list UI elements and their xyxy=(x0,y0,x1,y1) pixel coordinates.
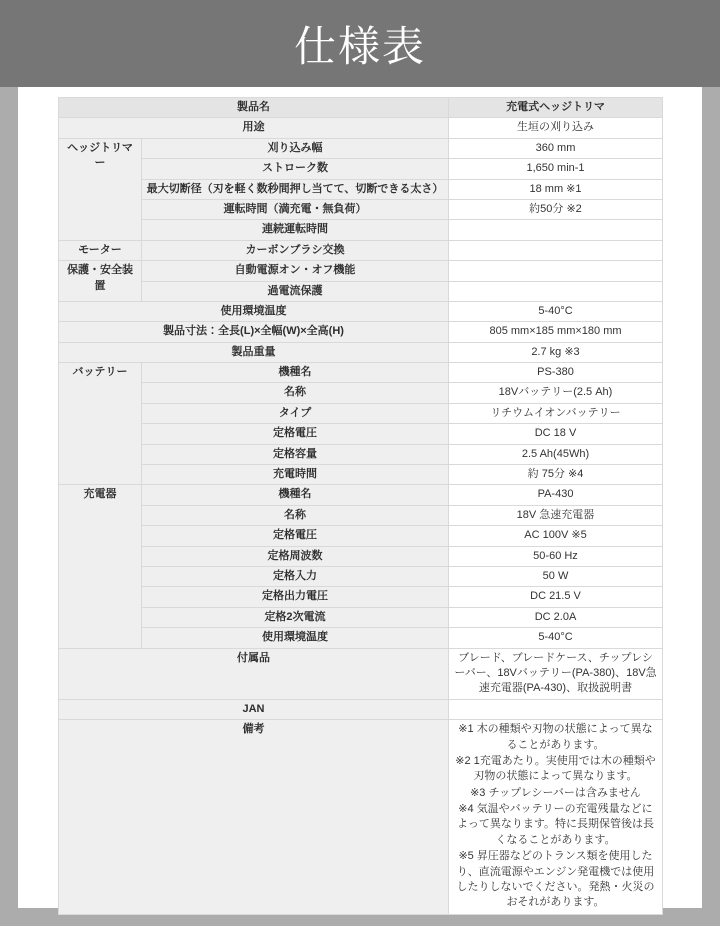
label-cell: 製品重量 xyxy=(59,342,449,362)
table-row: 連続運転時間 xyxy=(59,220,663,240)
category-cell: モーター xyxy=(59,240,142,260)
table-row: モーターカーボンブラシ交換 xyxy=(59,240,663,260)
table-row: 使用環境温度5-40°C xyxy=(59,301,663,321)
value-cell xyxy=(449,281,663,301)
label-cell: タイプ xyxy=(142,403,449,423)
table-row: 充電器機種名PA-430 xyxy=(59,485,663,505)
table-row: 付属品ブレード、ブレードケース、チップレシーバー、18Vバッテリー(PA-380… xyxy=(59,648,663,699)
value-cell xyxy=(449,261,663,281)
label-cell: 製品名 xyxy=(59,98,449,118)
label-cell: 付属品 xyxy=(59,648,449,699)
label-cell: 充電時間 xyxy=(142,465,449,485)
label-cell: 使用環境温度 xyxy=(142,628,449,648)
value-cell: 18 mm ※1 xyxy=(449,179,663,199)
label-cell: 過電流保護 xyxy=(142,281,449,301)
table-row: 最大切断径（刃を軽く数秒間押し当てて、切断できる太さ）18 mm ※1 xyxy=(59,179,663,199)
table-row: 定格出力電圧DC 21.5 V xyxy=(59,587,663,607)
table-row: 備考※1 木の種類や刃物の状態によって異なることがあります。※2 1充電あたり。… xyxy=(59,720,663,915)
table-row: JAN xyxy=(59,699,663,719)
label-cell: 製品寸法：全長(L)×全幅(W)×全高(H) xyxy=(59,322,449,342)
table-row: 保護・安全装置自動電源オン・オフ機能 xyxy=(59,261,663,281)
table-row: 製品寸法：全長(L)×全幅(W)×全高(H)805 mm×185 mm×180 … xyxy=(59,322,663,342)
label-cell: 使用環境温度 xyxy=(59,301,449,321)
page-title: 仕様表 xyxy=(294,14,426,74)
label-cell: 定格電圧 xyxy=(142,424,449,444)
label-cell: JAN xyxy=(59,699,449,719)
label-cell: 刈り込み幅 xyxy=(142,138,449,158)
content-area: 製品名充電式ヘッジトリマ用途生垣の刈り込みヘッジトリマー刈り込み幅360 mmス… xyxy=(18,87,702,908)
table-row: ストローク数1,650 min-1 xyxy=(59,159,663,179)
label-cell: 運転時間（満充電・無負荷） xyxy=(142,199,449,219)
value-cell: 2.7 kg ※3 xyxy=(449,342,663,362)
page-header: 仕様表 xyxy=(0,0,720,87)
label-cell: 自動電源オン・オフ機能 xyxy=(142,261,449,281)
category-cell: ヘッジトリマー xyxy=(59,138,142,240)
label-cell: 用途 xyxy=(59,118,449,138)
table-row: タイプリチウムイオンバッテリー xyxy=(59,403,663,423)
table-row: 定格容量2.5 Ah(45Wh) xyxy=(59,444,663,464)
table-row: ヘッジトリマー刈り込み幅360 mm xyxy=(59,138,663,158)
value-cell: 約50分 ※2 xyxy=(449,199,663,219)
value-cell xyxy=(449,240,663,260)
value-cell: DC 21.5 V xyxy=(449,587,663,607)
table-row: 名称18Vバッテリー(2.5 Ah) xyxy=(59,383,663,403)
value-cell: 805 mm×185 mm×180 mm xyxy=(449,322,663,342)
table-row: 運転時間（満充電・無負荷）約50分 ※2 xyxy=(59,199,663,219)
table-row: 製品名充電式ヘッジトリマ xyxy=(59,98,663,118)
value-cell: 50 W xyxy=(449,566,663,586)
label-cell: 機種名 xyxy=(142,485,449,505)
value-cell xyxy=(449,699,663,719)
value-cell: リチウムイオンバッテリー xyxy=(449,403,663,423)
table-row: 定格入力50 W xyxy=(59,566,663,586)
table-row: 充電時間約 75分 ※4 xyxy=(59,465,663,485)
value-cell: AC 100V ※5 xyxy=(449,526,663,546)
value-cell: ブレード、ブレードケース、チップレシーバー、18Vバッテリー(PA-380)、1… xyxy=(449,648,663,699)
value-cell: 5-40°C xyxy=(449,628,663,648)
category-cell: 充電器 xyxy=(59,485,142,648)
value-cell: PA-430 xyxy=(449,485,663,505)
label-cell: 名称 xyxy=(142,383,449,403)
value-cell: ※1 木の種類や刃物の状態によって異なることがあります。※2 1充電あたり。実使… xyxy=(449,720,663,915)
label-cell: ストローク数 xyxy=(142,159,449,179)
value-cell: 360 mm xyxy=(449,138,663,158)
label-cell: 定格入力 xyxy=(142,566,449,586)
value-cell xyxy=(449,220,663,240)
label-cell: 定格容量 xyxy=(142,444,449,464)
label-cell: 機種名 xyxy=(142,363,449,383)
spec-table-body: 製品名充電式ヘッジトリマ用途生垣の刈り込みヘッジトリマー刈り込み幅360 mmス… xyxy=(59,98,663,915)
label-cell: 連続運転時間 xyxy=(142,220,449,240)
table-row: バッテリー機種名PS-380 xyxy=(59,363,663,383)
table-row: 定格電圧AC 100V ※5 xyxy=(59,526,663,546)
value-cell: 18V 急速充電器 xyxy=(449,505,663,525)
remark-line: ※2 1充電あたり。実使用では木の種類や刃物の状態によって異なります。 xyxy=(453,754,658,785)
table-row: 定格2次電流DC 2.0A xyxy=(59,607,663,627)
table-row: 用途生垣の刈り込み xyxy=(59,118,663,138)
table-row: 過電流保護 xyxy=(59,281,663,301)
value-cell: 5-40°C xyxy=(449,301,663,321)
category-cell: バッテリー xyxy=(59,363,142,485)
remark-line: ※4 気温やバッテリーの充電残量などによって異なります。特に長期保管後は長くなる… xyxy=(453,802,658,848)
value-cell: DC 2.0A xyxy=(449,607,663,627)
value-cell: PS-380 xyxy=(449,363,663,383)
table-row: 名称18V 急速充電器 xyxy=(59,505,663,525)
value-cell: DC 18 V xyxy=(449,424,663,444)
label-cell: 定格電圧 xyxy=(142,526,449,546)
value-cell: 18Vバッテリー(2.5 Ah) xyxy=(449,383,663,403)
table-row: 定格周波数50-60 Hz xyxy=(59,546,663,566)
remark-line: ※1 木の種類や刃物の状態によって異なることがあります。 xyxy=(453,722,658,753)
value-cell: 生垣の刈り込み xyxy=(449,118,663,138)
value-cell: 50-60 Hz xyxy=(449,546,663,566)
label-cell: 定格2次電流 xyxy=(142,607,449,627)
spec-table: 製品名充電式ヘッジトリマ用途生垣の刈り込みヘッジトリマー刈り込み幅360 mmス… xyxy=(58,97,663,915)
value-cell: 約 75分 ※4 xyxy=(449,465,663,485)
label-cell: カーボンブラシ交換 xyxy=(142,240,449,260)
value-cell: 1,650 min-1 xyxy=(449,159,663,179)
remark-line: ※3 チップレシーバーは含みません xyxy=(453,786,658,801)
category-cell: 保護・安全装置 xyxy=(59,261,142,302)
table-row: 使用環境温度5-40°C xyxy=(59,628,663,648)
value-cell: 2.5 Ah(45Wh) xyxy=(449,444,663,464)
label-cell: 名称 xyxy=(142,505,449,525)
label-cell: 最大切断径（刃を軽く数秒間押し当てて、切断できる太さ） xyxy=(142,179,449,199)
table-row: 製品重量2.7 kg ※3 xyxy=(59,342,663,362)
remark-line: ※5 昇圧器などのトランス類を使用したり、直流電源やエンジン発電機では使用したり… xyxy=(453,849,658,911)
label-cell: 備考 xyxy=(59,720,449,915)
value-cell: 充電式ヘッジトリマ xyxy=(449,98,663,118)
label-cell: 定格出力電圧 xyxy=(142,587,449,607)
table-row: 定格電圧DC 18 V xyxy=(59,424,663,444)
label-cell: 定格周波数 xyxy=(142,546,449,566)
